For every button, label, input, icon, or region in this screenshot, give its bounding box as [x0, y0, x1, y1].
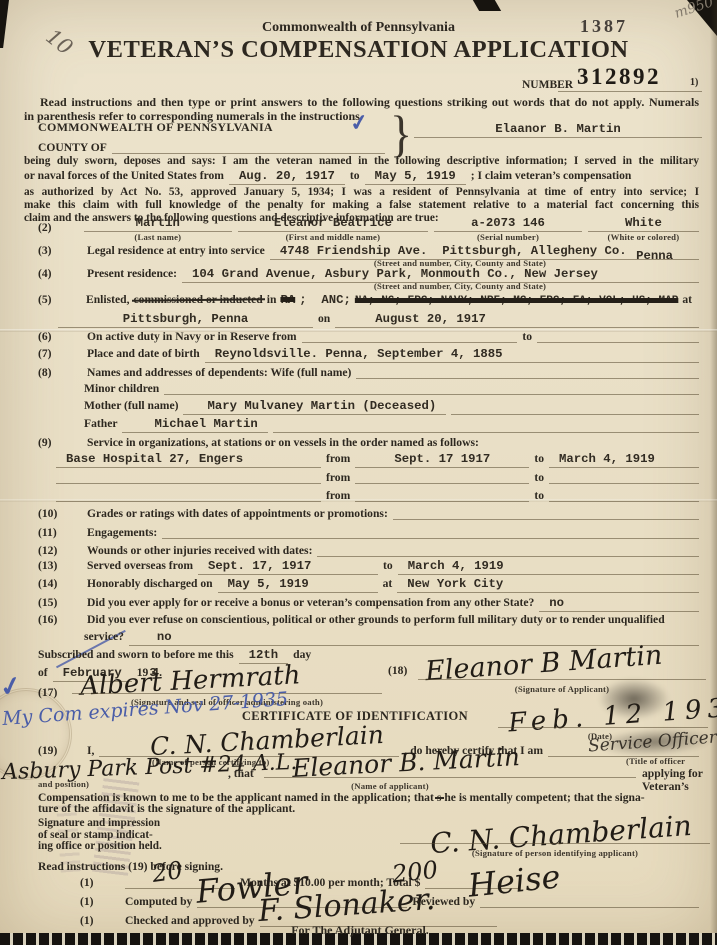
- q5-place-date-row: Pittsburgh, Penna on August 20, 1917: [58, 312, 699, 328]
- approved-by-label: Checked and approved by: [125, 914, 255, 927]
- q11-row: (11) Engagements:: [38, 526, 699, 539]
- q14-at-label: at: [383, 577, 393, 590]
- q10-blank: [393, 507, 699, 520]
- q5-struck-ra: RA: [280, 293, 295, 307]
- q19-position-caption: and position): [38, 779, 89, 789]
- service-org-value: Base Hospital 27, Engers: [56, 452, 321, 468]
- service-to-value: May 5, 1919: [365, 169, 466, 185]
- form-issuer: Commonwealth of Pennsylvania: [0, 20, 717, 36]
- q6-row: (6) On active duty in Navy or in Reserve…: [38, 330, 699, 343]
- q12-blank: [317, 544, 699, 557]
- service-org-blank: [56, 471, 321, 484]
- q5-label-in: in: [267, 293, 277, 306]
- sworn-day-label: day: [293, 648, 311, 661]
- q9-to-label: to: [534, 489, 544, 502]
- q19-body-line2: ture of the affidavit is the signature o…: [38, 802, 295, 815]
- q12-row: (12) Wounds or other injuries received w…: [38, 544, 699, 557]
- comp1-number: (1): [80, 876, 120, 889]
- county-row: COUNTY OF: [38, 141, 385, 154]
- q7-label: Place and date of birth: [87, 347, 200, 360]
- father-label: Father: [84, 417, 117, 430]
- form-title: VETERAN’S COMPENSATION APPLICATION: [0, 36, 717, 64]
- service-from-value: Sept. 17 1917: [355, 452, 529, 468]
- q11-blank: [162, 526, 699, 539]
- q2-race-col: White (White or colored): [588, 216, 699, 242]
- q9-from-label: from: [326, 452, 350, 465]
- computed-by-label: Computed by: [125, 895, 192, 908]
- q6-to-label: to: [522, 330, 532, 343]
- first-middle-caption: (First and middle name): [286, 232, 381, 242]
- q12-label: Wounds or other injuries received with d…: [87, 544, 312, 557]
- service-to-value: March 4, 1919: [549, 452, 699, 468]
- q7-number: (7): [38, 347, 82, 360]
- q9-from-label: from: [326, 489, 350, 502]
- q8-number: (8): [38, 366, 82, 379]
- q10-label: Grades or ratings with dates of appointm…: [87, 507, 388, 520]
- q5-number: (5): [38, 293, 82, 306]
- county-label: COUNTY OF: [38, 141, 107, 154]
- q11-number: (11): [38, 526, 82, 539]
- county-blank: [112, 141, 385, 154]
- q18-caption: (Signature of Applicant): [418, 684, 706, 694]
- q15-row: (15) Did you ever apply for or receive a…: [38, 596, 699, 612]
- service-to-blank: [549, 489, 699, 502]
- q19-struck-s: s: [437, 791, 442, 804]
- q19-applying-label: applying for Veteran’s: [642, 767, 717, 793]
- blue-checkmark-margin: ✓: [0, 670, 25, 704]
- oath-line4: make this claim with full knowledge of t…: [24, 199, 699, 211]
- q15-answer: no: [539, 596, 699, 612]
- scan-edge-artifact: [473, 0, 501, 11]
- q4-caption: (Street and number, City, County and Sta…: [330, 281, 590, 291]
- service-from-blank: [355, 489, 529, 502]
- q6-from-blank: [302, 330, 518, 343]
- q18-number: (18): [388, 664, 407, 677]
- birth-place-date-value: Reynoldsville. Penna, September 4, 1885: [205, 347, 699, 363]
- application-number-stamp: 312892: [577, 64, 661, 90]
- sworn-pre-label: Subscribed and sworn to before me this: [38, 648, 234, 661]
- q9-number: (9): [38, 436, 82, 449]
- overseas-from-value: Sept. 17, 1917: [198, 559, 378, 575]
- q19-applicant-caption: (Name of applicant): [300, 781, 480, 791]
- q15-label: Did you ever apply for or receive a bonu…: [87, 596, 534, 609]
- q14-number: (14): [38, 577, 82, 590]
- q6-number: (6): [38, 330, 82, 343]
- service-to-blank: [549, 471, 699, 484]
- mother-label: Mother (full name): [84, 399, 178, 412]
- minor-children-label: Minor children: [84, 382, 159, 395]
- service-from-blank: [355, 471, 529, 484]
- serial-number-caption: (Serial number): [477, 232, 539, 242]
- q10-row: (10) Grades or ratings with dates of app…: [38, 507, 699, 520]
- q19-body1-post: he is mentally competent; that the signa…: [444, 791, 644, 804]
- q11-label: Engagements:: [87, 526, 157, 539]
- blue-checkmark: ✓: [348, 109, 370, 137]
- q16-line1: Did you ever refuse on conscientious, po…: [87, 613, 665, 626]
- mother-name-value: Mary Mulvaney Martin (Deceased): [183, 399, 446, 415]
- seal-note-line1: Signature and impression: [38, 818, 160, 829]
- sworn-row-1: Subscribed and sworn to before me this 1…: [38, 648, 407, 664]
- q6-label: On active duty in Navy or in Reserve fro…: [87, 330, 297, 343]
- comp3-number: (1): [80, 914, 120, 927]
- q14-row: (14) Honorably discharged on May 5, 1919…: [38, 577, 699, 593]
- service-from-value: Aug. 20, 1917: [229, 169, 345, 185]
- veterans-compensation-application-form: 10 1387 m950 Commonwealth of Pennsylvani…: [0, 0, 717, 945]
- q9-from-label: from: [326, 471, 350, 484]
- oath-line2-post: ; I claim veteran’s compensation: [471, 169, 632, 182]
- q13-row: (13) Served overseas from Sept. 17, 1917…: [38, 559, 699, 575]
- comp2-number: (1): [80, 895, 120, 908]
- oath-line2: or naval forces of the United States fro…: [24, 169, 699, 185]
- minor-children-row: Minor children: [84, 382, 699, 395]
- adjutant-general-footer: For The Adjutant General.: [240, 923, 480, 938]
- q17-number: (17): [38, 686, 57, 699]
- last-name-caption: (Last name): [134, 232, 181, 242]
- identifier-signature-line: [400, 828, 710, 844]
- q8-label: Names and addresses of dependents: Wife …: [87, 366, 351, 379]
- wife-name-blank: [356, 366, 699, 379]
- serial-number-value: a-2073 146: [434, 216, 582, 232]
- q14-label: Honorably discharged on: [87, 577, 213, 590]
- identifier-signature-caption: (Signature of person identifying applica…: [400, 848, 710, 858]
- q13-to-label: to: [383, 559, 393, 572]
- q6-to-blank: [537, 330, 699, 343]
- sworn-of-label: of: [38, 666, 48, 679]
- q2-last-name-col: Martin (Last name): [84, 216, 232, 242]
- brace: }: [390, 104, 412, 162]
- discharge-date-value: May 5, 1919: [218, 577, 378, 593]
- q15-number: (15): [38, 596, 82, 609]
- seal-note-line3: ing office or position held.: [38, 840, 162, 852]
- race-value: White: [588, 216, 699, 232]
- q2-columns: Martin (Last name) Eleanor Beatrice (Fir…: [84, 216, 699, 242]
- q12-number: (12): [38, 544, 82, 557]
- q19-number: (19): [38, 744, 82, 757]
- q9-to-label: to: [534, 452, 544, 465]
- number-footnote-marker: 1): [690, 77, 698, 88]
- q2-first-middle-col: Eleanor Beatrice (First and middle name): [238, 216, 429, 242]
- q4-number: (4): [38, 267, 82, 280]
- typed-applicant-name: Elaanor B. Martin: [414, 122, 702, 138]
- last-name-value: Martin: [84, 216, 232, 232]
- q5-on-label: on: [318, 312, 330, 325]
- q13-number: (13): [38, 559, 82, 572]
- q9-service-row-3: from to: [56, 489, 699, 502]
- q5-struck-branches: NA; NG; ERC; NAVY; NRF; MC; ERC; FA; VOL…: [355, 295, 678, 308]
- q5-row: (5) Enlisted, commissioned or inducted i…: [38, 293, 699, 308]
- legal-residence-state-value: Penna: [636, 249, 673, 263]
- q9-service-row-1: Base Hospital 27, Engers from Sept. 17 1…: [56, 452, 699, 468]
- oath-line1: being duly sworn, deposes and says: I am…: [24, 155, 699, 167]
- service-org-blank: [56, 489, 321, 502]
- q5-label-pre: Enlisted,: [86, 293, 130, 306]
- q16-row-1: (16) Did you ever refuse on conscientiou…: [38, 613, 699, 626]
- mother-blank: [451, 399, 699, 415]
- q9-header-row: (9) Service in organizations, at station…: [38, 436, 699, 449]
- q18-signature-line: [418, 664, 706, 680]
- first-middle-value: Eleanor Beatrice: [238, 216, 429, 232]
- q8-row: (8) Names and addresses of dependents: W…: [38, 366, 699, 379]
- overseas-to-value: March 4, 1919: [398, 559, 699, 575]
- father-name-value: Michael Martin: [122, 417, 267, 433]
- q16-label2: service?: [84, 630, 124, 643]
- q5-label-at: at: [682, 293, 692, 306]
- certificate-date-line: [498, 712, 708, 728]
- q5-branch-kept: ; ANC;: [299, 293, 351, 307]
- read-instructions-note: Read instructions (19) before signing.: [38, 860, 223, 873]
- enlistment-place-value: Pittsburgh, Penna: [58, 312, 313, 328]
- commonwealth-label: COMMONWEALTH OF PENNSYLVANIA: [38, 120, 273, 135]
- q19-that-label: , that: [228, 767, 254, 780]
- oath-line3: as authorized by Act No. 53, approved Ja…: [24, 186, 699, 198]
- mother-row: Mother (full name) Mary Mulvaney Martin …: [84, 399, 699, 415]
- q3-label: Legal residence at entry into service: [87, 244, 265, 257]
- minor-children-blank: [164, 382, 699, 395]
- q2-number: (2): [38, 221, 52, 234]
- oath-line2-pre: or naval forces of the United States fro…: [24, 169, 224, 182]
- q9-to-label: to: [534, 471, 544, 484]
- discharge-place-value: New York City: [397, 577, 699, 593]
- q4-label: Present residence:: [87, 267, 177, 280]
- q13-label: Served overseas from: [87, 559, 193, 572]
- q9-label: Service in organizations, at stations or…: [87, 436, 479, 449]
- q19-i-label: I,: [87, 744, 94, 757]
- enlistment-date-value: August 20, 1917: [335, 312, 699, 328]
- to-label: to: [350, 169, 360, 182]
- q16-number: (16): [38, 613, 82, 626]
- father-row: Father Michael Martin: [84, 417, 699, 433]
- paper-edge-shadow: [710, 0, 717, 945]
- q7-row: (7) Place and date of birth Reynoldsvill…: [38, 347, 699, 363]
- father-blank: [273, 417, 699, 433]
- q9-service-row-2: from to: [56, 471, 699, 484]
- q3-number: (3): [38, 244, 82, 257]
- race-caption: (White or colored): [608, 232, 680, 242]
- q10-number: (10): [38, 507, 82, 520]
- q2-serial-col: a-2073 146 (Serial number): [434, 216, 582, 242]
- q5-struck-commissioned: commissioned or inducted: [134, 293, 263, 306]
- months-handwritten: 20: [150, 856, 184, 888]
- instructions-line1: Read instructions and then type or print…: [24, 95, 699, 110]
